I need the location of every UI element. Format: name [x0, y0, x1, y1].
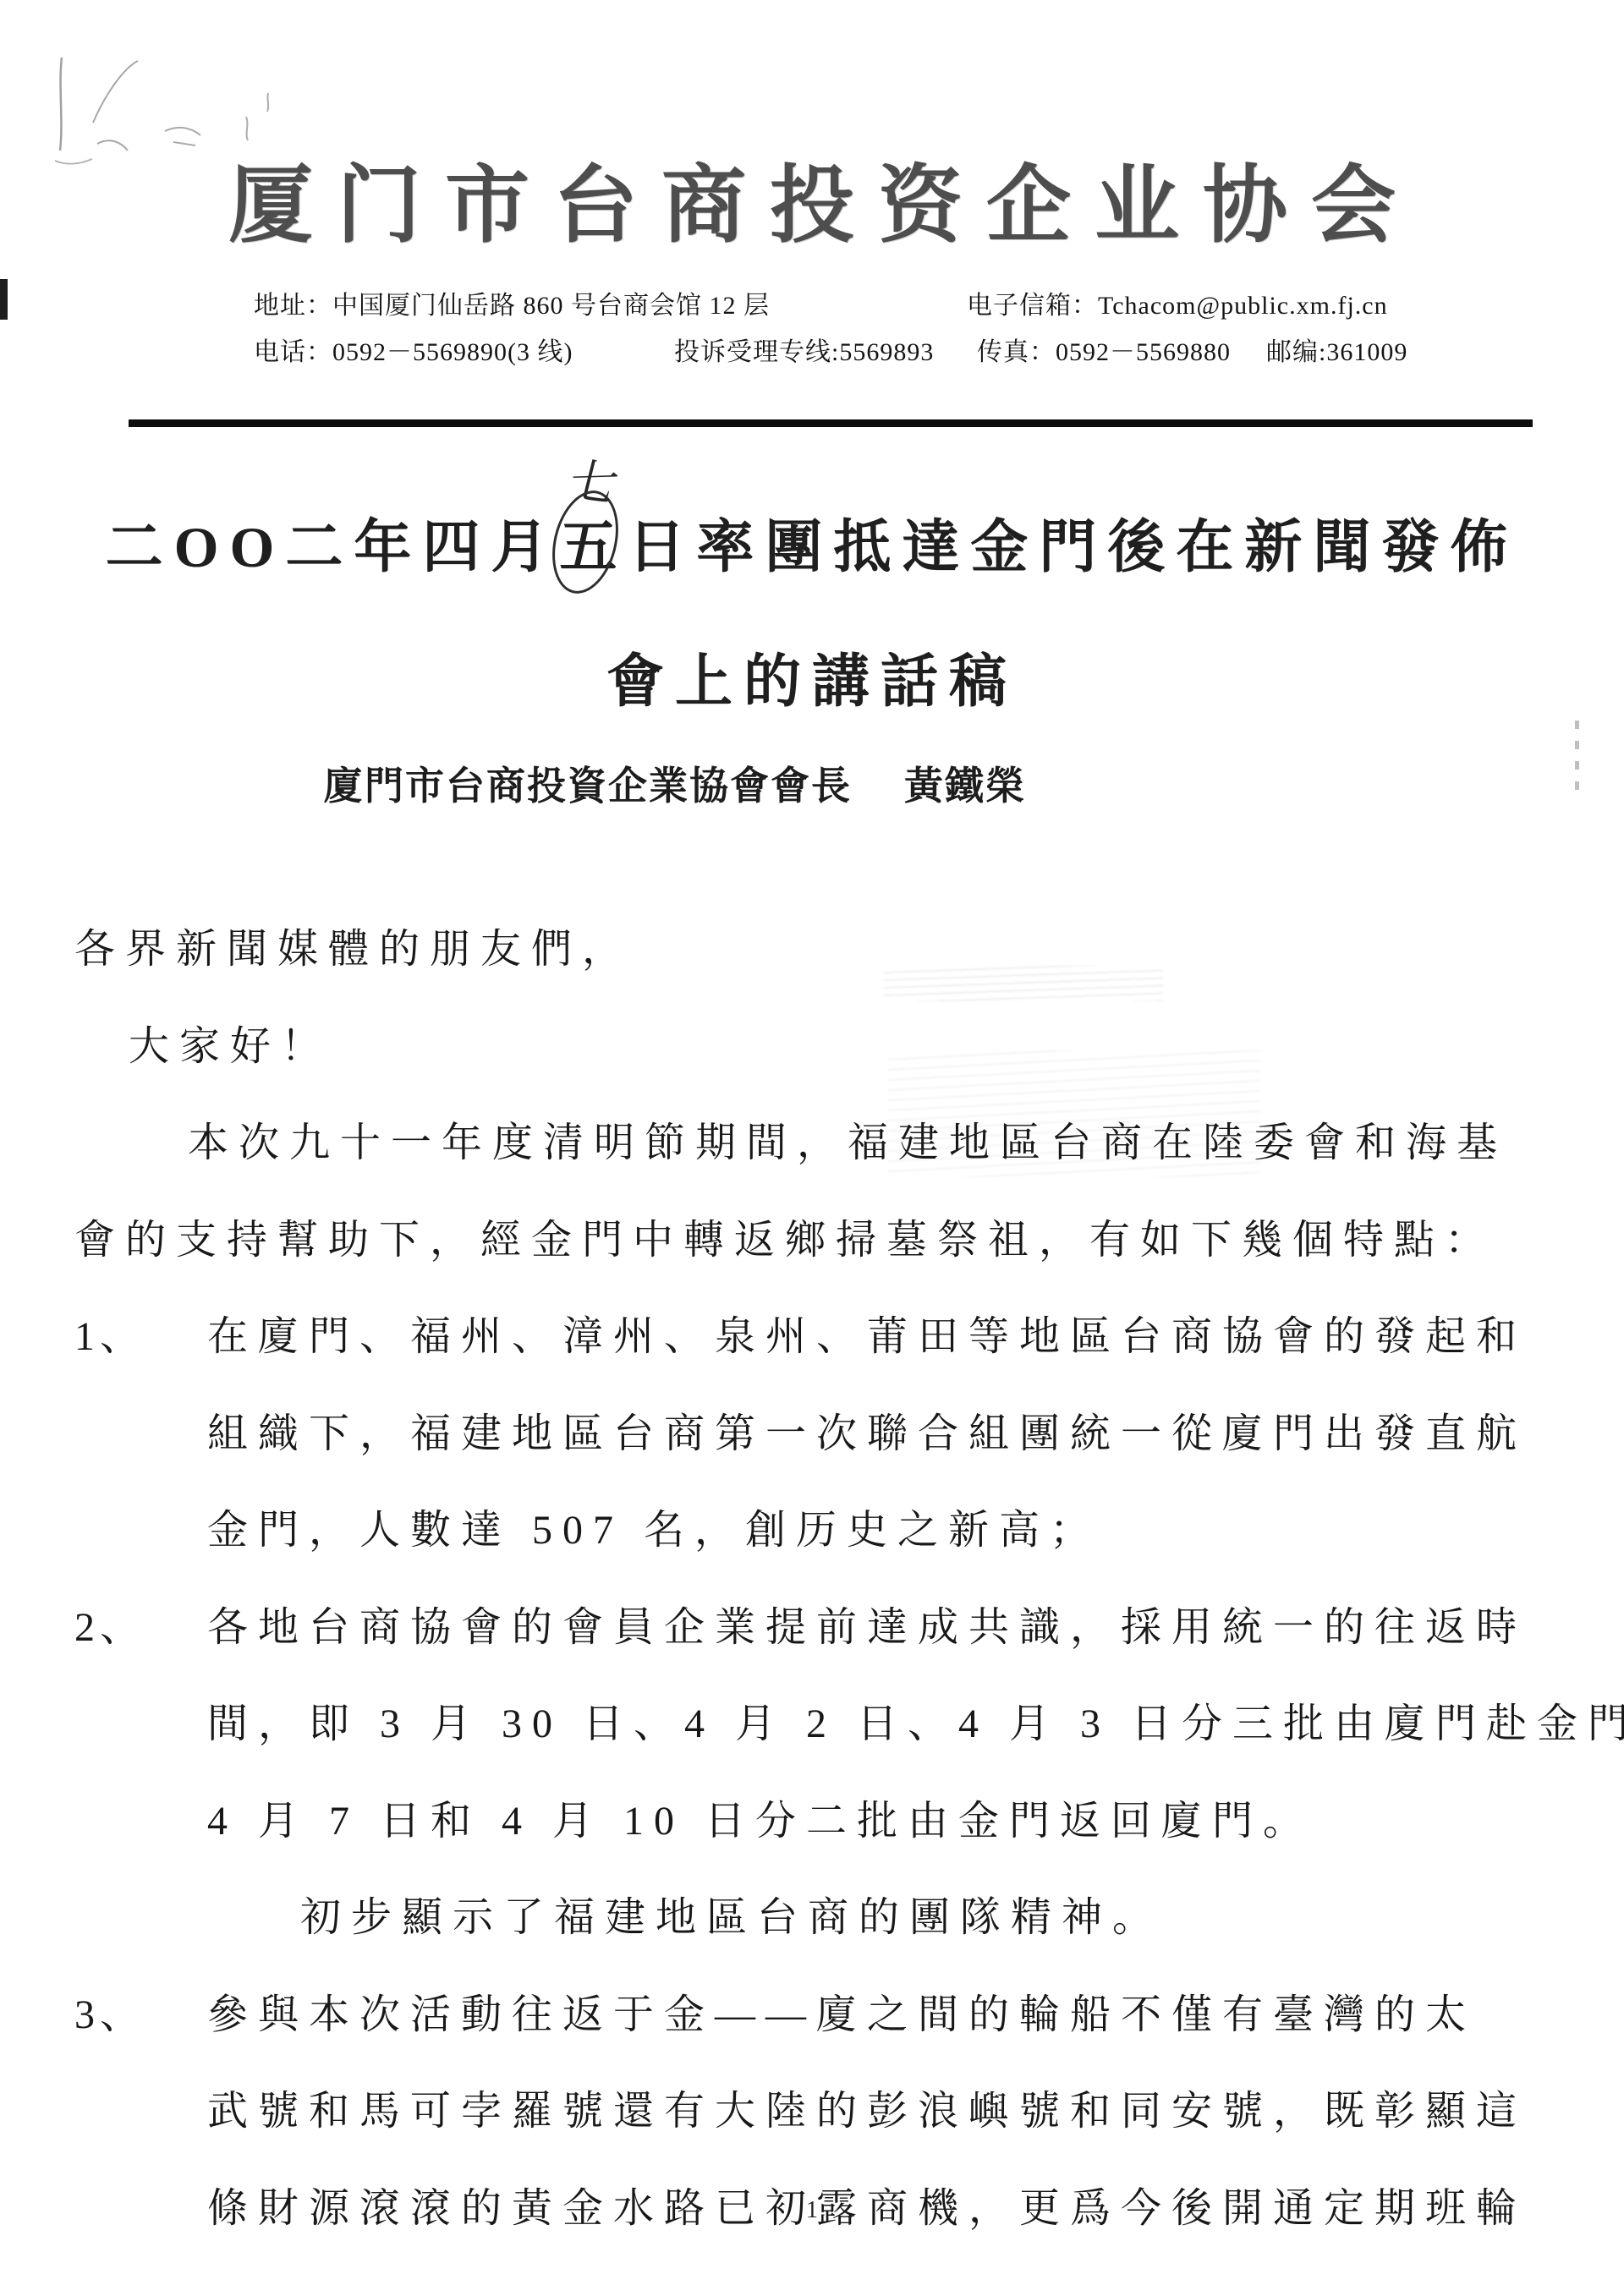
list-item-3-line-1: 參與本次活動往返于金——廈之間的輪船不僅有臺灣的太 — [207, 1992, 1476, 2037]
crossed-out-char: 五 — [559, 501, 628, 584]
scanned-document-page: 厦门市台商投资企业协会 地址：中国厦门仙岳路 860 号台商会馆 12 层 电子… — [0, 0, 1624, 2296]
list-item-1-number: 1、 — [74, 1289, 145, 1386]
title-prefix: 二OO二年四月 — [106, 515, 560, 579]
page-number: 1 — [0, 2197, 1624, 2224]
body-line-greeting: 各界新聞媒體的朋友們， — [74, 901, 1588, 999]
document-body: 各界新聞媒體的朋友們， 大家好！ 本次九十一年度清明節期間，福建地區台商在陸委會… — [74, 901, 1588, 2257]
list-item-2-line-1: 各地台商協會的會員企業提前達成共識，採用統一的往返時 — [207, 1605, 1527, 1650]
list-item-1: 1、在廈門、福州、漳州、泉州、莆田等地區台商協會的發起和 — [74, 1289, 1588, 1386]
body-line-intro-2: 會的支持幫助下，經金門中轉返鄉掃墓祭祖，有如下幾個特點： — [74, 1192, 1588, 1290]
scan-edge-artifact — [0, 279, 8, 320]
author-name: 黃鐵榮 — [904, 764, 1026, 808]
body-line-hello: 大家好！ — [74, 999, 1588, 1096]
list-item-3: 3、參與本次活動往返于金——廈之間的輪船不僅有臺灣的太 — [74, 1967, 1588, 2064]
list-item-1-line-3: 金門，人數達 507 名，創历史之新高； — [74, 1482, 1588, 1580]
list-item-2: 2、各地台商協會的會員企業提前達成共識，採用統一的往返時 — [74, 1580, 1588, 1677]
margin-dash-mark — [1575, 721, 1579, 797]
byline-org-title: 廈門市台商投資企業協會會長 — [324, 764, 852, 808]
phone-label: 电话：0592－5569890(3 线) — [254, 331, 573, 368]
address-label: 地址：中国厦门仙岳路 860 号台商会馆 12 层 — [254, 284, 770, 321]
crossed-out-char-wrap: 七五 — [559, 501, 628, 584]
byline: 廈門市台商投資企業協會會長黃鐵榮 — [324, 755, 1026, 811]
postcode-label: 邮编:361009 — [1266, 331, 1407, 368]
body-line-intro-1: 本次九十一年度清明節期間，福建地區台商在陸委會和海基 — [74, 1095, 1588, 1192]
list-item-1-line-1: 在廈門、福州、漳州、泉州、莆田等地區台商協會的發起和 — [207, 1314, 1527, 1359]
list-item-2-extra: 初步顯示了福建地區台商的團隊精神。 — [74, 1870, 1588, 1967]
list-item-2-line-3: 4 月 7 日和 4 月 10 日分二批由金門返回廈門。 — [74, 1773, 1588, 1871]
list-item-3-number: 3、 — [74, 1967, 145, 2064]
fax-label: 传真：0592－5569880 — [977, 331, 1231, 368]
org-name: 厦门市台商投资企业协会 — [0, 137, 1624, 259]
document-title-line1: 二OO二年四月七五日率團抵達金門後在新聞發佈 — [0, 501, 1624, 584]
email-label: 电子信箱：Tchacom@public.xm.fj.cn — [967, 284, 1388, 321]
list-item-1-line-2: 組織下，福建地區台商第一次聯合組團統一從廈門出發直航 — [74, 1386, 1588, 1483]
title-suffix: 日率團抵達金門後在新聞發佈 — [628, 515, 1518, 579]
list-item-2-number: 2、 — [74, 1580, 145, 1677]
divider-rule — [129, 419, 1533, 427]
list-item-2-line-2: 間，即 3 月 30 日、4 月 2 日、4 月 3 日分三批由廈門赴金門。 — [74, 1676, 1588, 1773]
list-item-3-line-2: 武號和馬可孛羅號還有大陸的彭浪嶼號和同安號，既彰顯這 — [74, 2063, 1588, 2161]
document-title-line2: 會上的講話稿 — [0, 636, 1624, 718]
hotline-label: 投诉受理专线:5569893 — [674, 331, 934, 368]
